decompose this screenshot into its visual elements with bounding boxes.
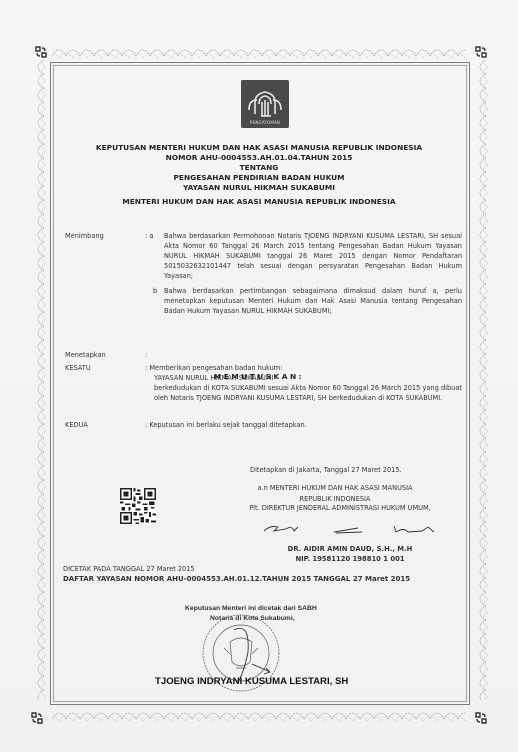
menetapkan-label: Menetapkan <box>65 350 106 360</box>
corner-ornament-icon <box>474 710 488 724</box>
pengayoman-logo-icon: PENGAYOMAN <box>241 80 289 128</box>
menimbang-a-marker: : a <box>145 231 153 241</box>
issuer-heading: MENTERI HUKUM DAN HAK ASASI MANUSIA REPU… <box>60 197 458 207</box>
decree-number: NOMOR AHU-0004553.AH.01.04.TAHUN 2015 <box>60 153 458 163</box>
signing-authority-3: Plt. DIREKTUR JENDERAL ADMINISTRASI HUKU… <box>220 503 460 513</box>
menimbang-b-text: Bahwa berdasarkan pertimbangan sebagaima… <box>164 286 462 316</box>
printed-date: DICETAK PADA TANGGAL 27 Maret 2015 <box>63 564 195 574</box>
corner-ornament-icon <box>474 44 488 58</box>
menimbang-b-marker: b <box>153 286 157 296</box>
qr-code-icon <box>120 488 156 524</box>
signature-icon <box>262 520 452 534</box>
corner-ornament-icon <box>34 44 48 58</box>
foundation-name: YAYASAN NURUL HIKMAH SUKABUMI <box>60 183 458 193</box>
corner-ornament-icon <box>30 710 44 724</box>
logo-label: PENGAYOMAN <box>241 120 289 125</box>
signer-nip: NIP. 19581120 198810 1 001 <box>270 554 430 564</box>
kedua-text: : Keputusan ini berlaku sejak tanggal di… <box>145 420 307 430</box>
menimbang-label: Menimbang <box>65 231 104 241</box>
menetapkan-colon: : <box>145 350 147 360</box>
certificate-page: PENGAYOMAN KEPUTUSAN MENTERI HUKUM DAN H… <box>0 0 518 752</box>
menimbang-a-text: Bahwa berdasarkan Permohonan Notaris TJO… <box>164 231 462 281</box>
kedua-label: KEDUA <box>65 420 88 430</box>
kesatu-foundation: YAYASAN NURUL HIKMAH SUKABUMI <box>154 373 274 383</box>
signer-name: DR. AIDIR AMIN DAUD, S.H., M.H <box>270 544 430 554</box>
kesatu-intro: : Memberikan pengesahan badan hukum: <box>145 363 282 373</box>
ornamental-border-bottom <box>52 707 466 721</box>
ornamental-border-top <box>52 44 466 58</box>
ornamental-border-right <box>474 60 488 700</box>
kesatu-detail: berkedudukan di KOTA SUKABUMI sesuai Akt… <box>154 383 462 403</box>
decree-title: KEPUTUSAN MENTERI HUKUM DAN HAK ASASI MA… <box>60 143 458 153</box>
decree-subject: PENGESAHAN PENDIRIAN BADAN HUKUM <box>60 173 458 183</box>
notary-name: TJOENG INDRYANI KUSUMA LESTARI, SH <box>155 676 348 687</box>
signing-authority-1: a.n MENTERI HUKUM DAN HAK ASASI MANUSIA <box>230 484 440 494</box>
registry-number: DAFTAR YAYASAN NOMOR AHU-0004553.AH.01.1… <box>63 574 410 584</box>
kesatu-label: KESATU <box>65 363 91 373</box>
decree-tentang: TENTANG <box>60 163 458 173</box>
ornamental-border-left <box>32 60 46 700</box>
place-date: Ditetapkan di Jakarta, Tanggal 27 Maret … <box>250 465 402 475</box>
